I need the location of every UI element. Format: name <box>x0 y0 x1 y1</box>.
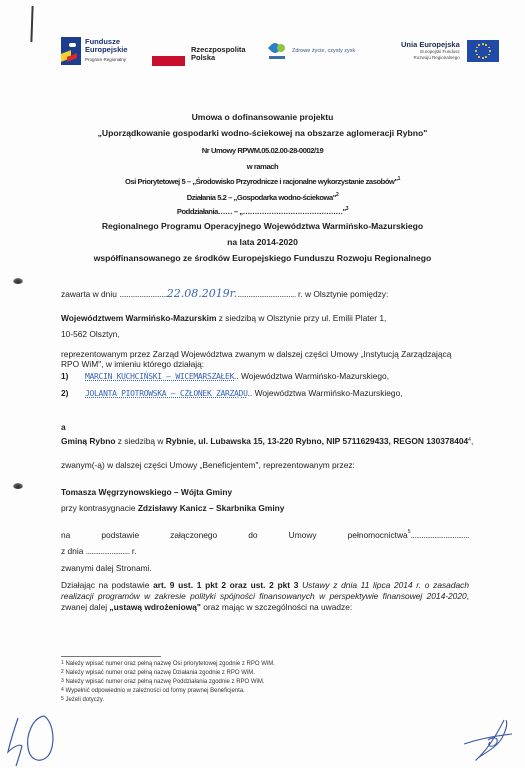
footnote-separator <box>61 656 161 657</box>
party2-representative: Tomasza Węgrzynowskiego – Wójta Gminy <box>61 487 232 497</box>
logo-fundusze-europejskie: Fundusze Europejskie Program Regionalny <box>61 37 128 65</box>
concluded-prefix: zawarta w dniu <box>61 289 117 299</box>
eu-flag-icon <box>467 40 499 62</box>
footnote-ref: 1 <box>398 176 400 182</box>
fundusze-europejskie-icon <box>61 37 81 65</box>
dots: ................................ <box>237 289 295 299</box>
logo-ue-sub2: Rozwoju Regionalnego <box>401 55 460 61</box>
footnote-text: Należy wpisać numer oraz pełną nazwę Pod… <box>65 679 264 685</box>
poa-word: Umowy <box>289 530 317 540</box>
w-ramach: w ramach <box>0 162 525 171</box>
party2-line: Gminą Rybno z siedzibą w Rybnie, ul. Lub… <box>61 436 481 446</box>
legal-text: Działając na podstawie <box>61 580 153 590</box>
logo-warmia-mazury: Zdrowe życie, czysty zysk <box>268 40 355 62</box>
footnote-number: 5 <box>61 696 64 702</box>
footnote-ref: 2 <box>336 192 338 198</box>
signatory-suffix: .. Województwa Warmińsko-Mazurskiego, <box>234 371 389 381</box>
logo-rzeczpospolita-polska: Rzeczpospolita Polska <box>152 46 246 66</box>
concluded-suffix: r. w Olsztynie pomiędzy: <box>298 289 388 299</box>
dots: ........................ <box>86 546 130 556</box>
footnote-number: 1 <box>61 660 64 666</box>
countersign: przy kontrasygnacie Zdzisławy Kanicz – S… <box>61 503 284 513</box>
party1-postal: 10-562 Olsztyn, <box>61 329 120 339</box>
party1-represented: reprezentowanym przez Zarząd Województwa… <box>61 349 469 369</box>
program-years: na lata 2014-2020 <box>0 237 525 247</box>
priority-axis-text: Osi Priorytetowej 5 – „Środowisko Przyro… <box>125 177 398 186</box>
footnote-text: Należy wpisać numer oraz pełną nazwę Dzi… <box>65 670 254 676</box>
signatory-2: 2)JOLANTA PIOTROWSKA – CZŁONEK ZARZĄDU..… <box>61 388 403 398</box>
scan-margin-mark <box>30 6 33 42</box>
legal-article: art. 9 ust. 1 pkt 2 oraz ust. 2 pkt 3 <box>153 580 298 590</box>
project-name: „Uporządkowanie gospodarki wodno-ściekow… <box>0 128 525 138</box>
signatory-suffix: .. Województwa Warmińsko-Mazurskiego, <box>248 388 403 398</box>
handwritten-initials <box>460 716 516 764</box>
logo-rp-line2: Polska <box>191 53 215 62</box>
countersign-prefix: przy kontrasygnacie <box>61 503 138 513</box>
dots: .......................... <box>119 289 167 299</box>
footnote-ref: 4 <box>468 437 471 443</box>
party2-tail: , <box>471 436 473 446</box>
party2-address: Rybnie, ul. Lubawska 15, 13-220 Rybno, N… <box>166 436 468 446</box>
program-name: Regionalnego Programu Operacyjnego Wojew… <box>0 221 525 231</box>
contract-number: Nr Umowy RPWM.05.02.00-28-0002/19 <box>0 146 525 155</box>
party2-mid: z siedzibą w <box>115 436 165 446</box>
document-title: Umowa o dofinansowanie projektu <box>0 112 525 122</box>
party1-line: Województwem Warmińsko-Mazurskim z siedz… <box>61 313 386 323</box>
cofinancing: współfinansowanego ze środków Europejski… <box>0 253 525 263</box>
footnote-text: Należy wpisać numer oraz pełną nazwę Osi… <box>65 661 274 667</box>
footnote-number: 2 <box>61 669 64 675</box>
polish-flag-icon <box>152 56 185 66</box>
countersign-name: Zdzisławy Kanicz – Skarbnika Gminy <box>138 503 285 513</box>
party2-name: Gminą Rybno <box>61 436 115 446</box>
poa-date: z dnia ........................ r. <box>61 546 137 556</box>
parties-called: zwanymi dalej Stronami. <box>61 563 152 573</box>
poa-last: pełnomocnictwa5.........................… <box>348 530 469 540</box>
footnote: 1 Należy wpisać numer oraz pełną nazwę O… <box>61 661 275 667</box>
signatory-number: 2) <box>61 388 85 398</box>
signatory-number: 1) <box>61 371 85 381</box>
punch-hole <box>13 278 23 284</box>
legal-term: „ustawą wdrożeniową" <box>109 602 200 612</box>
priority-axis: Osi Priorytetowej 5 – „Środowisko Przyro… <box>0 177 525 186</box>
party2-called: zwanym(-ą) w dalszej części Umowy „Benef… <box>61 460 355 470</box>
footnote-number: 4 <box>61 687 64 693</box>
legal-basis: Działając na podstawie art. 9 ust. 1 pkt… <box>61 580 469 613</box>
footnote-number: 3 <box>61 678 64 684</box>
warmia-mazury-icon <box>268 40 286 62</box>
signatory-1: 1)MARCIN KUCHCIŃSKI – WICEMARSZAŁEK.. Wo… <box>61 371 389 381</box>
footnote: 3 Należy wpisać numer oraz pełną nazwę P… <box>61 679 265 685</box>
logo-unia-europejska: Unia Europejska Europejski Fundusz Rozwo… <box>401 40 499 62</box>
action: Działania 5.2 – „Gospodarka wodno-ścieko… <box>0 193 525 202</box>
handwritten-page-number <box>4 712 64 768</box>
poa-word: do <box>248 530 257 540</box>
poa-word: na <box>61 530 70 540</box>
poa-word: pełnomocnictwa <box>348 530 408 540</box>
footnote-text: Jeżeli dotyczy. <box>65 697 104 703</box>
poa-word: podstawie <box>101 530 139 540</box>
logo-wm-slogan: Zdrowe życie, czysty zysk <box>292 48 355 54</box>
action-text: Działania 5.2 – „Gospodarka wodno-ścieko… <box>187 193 336 202</box>
poa-date-prefix: z dnia <box>61 546 83 556</box>
handwritten-date: 22.08.2019r. <box>167 287 238 300</box>
legal-text: oraz mając w szczególności na uwadze: <box>201 602 352 612</box>
handwritten-signatory: JOLANTA PIOTROWSKA – CZŁONEK ZARZĄDU <box>85 389 248 398</box>
footnote: 5 Jeżeli dotyczy. <box>61 697 104 703</box>
subaction-text: Poddziałania…… – „……………………………………" <box>177 207 346 216</box>
conjunction: a <box>61 422 66 432</box>
poa-date-suffix: r. <box>132 546 137 556</box>
footnote: 2 Należy wpisać numer oraz pełną nazwę D… <box>61 670 255 676</box>
logo-fe-line2: Europejskie <box>85 45 128 54</box>
footnote-text: Wypełnić odpowiednio w zależności od for… <box>65 688 244 694</box>
footnote: 4 Wypełnić odpowiednio w zależności od f… <box>61 688 245 694</box>
dots: ................................ <box>410 530 468 540</box>
poa-word: załączonego <box>170 530 217 540</box>
logo-ue-title: Unia Europejska <box>401 40 460 49</box>
logo-fe-sub: Program Regionalny <box>85 56 128 64</box>
subaction: Poddziałania…… – „……………………………………"3 <box>0 207 525 216</box>
party1-address: z siedzibą w Olsztynie przy ul. Emilii P… <box>216 313 386 323</box>
handwritten-signatory: MARCIN KUCHCIŃSKI – WICEMARSZAŁEK <box>85 372 234 381</box>
power-of-attorney: na podstawie załączonego do Umowy pełnom… <box>61 530 469 540</box>
concluded-on: zawarta w dniu .........................… <box>61 287 388 300</box>
punch-hole <box>13 483 23 489</box>
footnote-ref: 3 <box>346 206 348 212</box>
party1-name: Województwem Warmińsko-Mazurskim <box>61 313 216 323</box>
